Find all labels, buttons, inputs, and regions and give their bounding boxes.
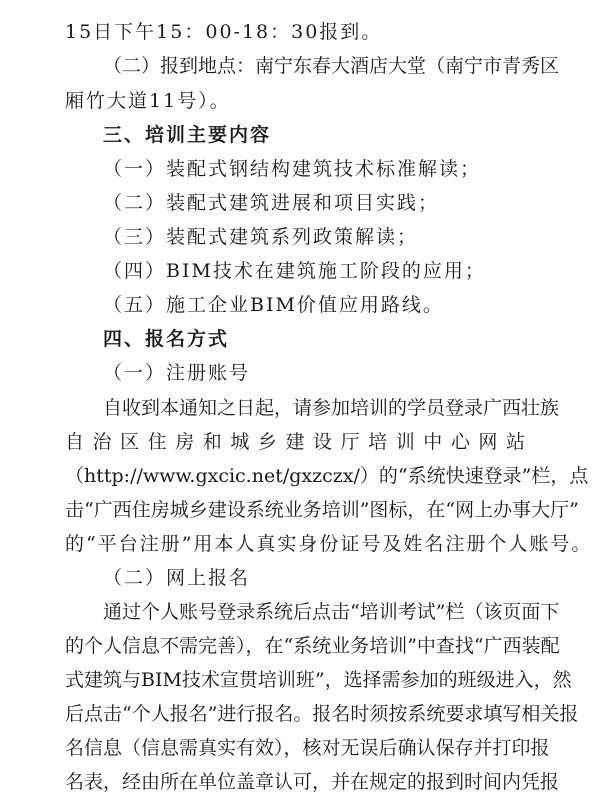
text-line-reporting-location: （二）报到地点：南宁东春大酒店大堂（南宁市青秀区 xyxy=(103,54,525,78)
paragraph-line: 击“广西住房城乡建设系统业务培训”图标，在“网上办事大厅” xyxy=(65,498,525,522)
paragraph-line: 自收到本通知之日起，请参加培训的学员登录广西壮族 xyxy=(103,396,525,420)
paragraph-line: 的“平台注册”用本人真实身份证号及姓名注册个人账号。 xyxy=(65,532,525,556)
list-item-content-2: （二）装配式建筑进展和项目实践； xyxy=(103,191,525,215)
document-page: 15日下午15：00-18：30报到。 （二）报到地点：南宁东春大酒店大堂（南宁… xyxy=(0,0,606,807)
subheading-register-account: （一）注册账号 xyxy=(103,361,525,385)
list-item-content-5: （五）施工企业BIM价值应用路线。 xyxy=(103,293,525,317)
section-heading-registration: 四、报名方式 xyxy=(103,327,525,351)
paragraph-line: 通过个人账号登录系统后点击“培训考试”栏（该页面下 xyxy=(103,600,525,624)
list-item-content-1: （一）装配式钢结构建筑技术标准解读； xyxy=(103,157,525,181)
list-item-content-4: （四）BIM技术在建筑施工阶段的应用； xyxy=(103,259,525,283)
paragraph-line: 名表，经由所在单位盖章认可，并在规定的报到时间内凭报 xyxy=(65,770,525,794)
text-line-address: 厢竹大道11号）。 xyxy=(65,89,525,113)
paragraph-line: 名信息（信息需真实有效），核对无误后确认保存并打印报 xyxy=(65,736,525,760)
paragraph-line: 后点击“个人报名”进行报名。报名时须按系统要求填写相关报 xyxy=(65,702,525,726)
list-item-content-3: （三）装配式建筑系列政策解读； xyxy=(103,225,525,249)
paragraph-line: 的个人信息不需完善），在“系统业务培训”中查找“广西装配 xyxy=(65,634,525,658)
subheading-online-registration: （二）网上报名 xyxy=(103,566,525,590)
paragraph-line-url: （http://www.gxcic.net/gxzczx/）的“系统快速登录”栏… xyxy=(65,464,525,488)
paragraph-line: 式建筑与BIM技术宣贯培训班”，选择需参加的班级进入，然 xyxy=(65,668,525,692)
text-line-reporting-time: 15日下午15：00-18：30报到。 xyxy=(65,20,525,44)
paragraph-line: 自 治 区 住 房 和 城 乡 建 设 厅 培 训 中 心 网 站 xyxy=(65,430,525,454)
section-heading-training-content: 三、培训主要内容 xyxy=(103,123,525,147)
